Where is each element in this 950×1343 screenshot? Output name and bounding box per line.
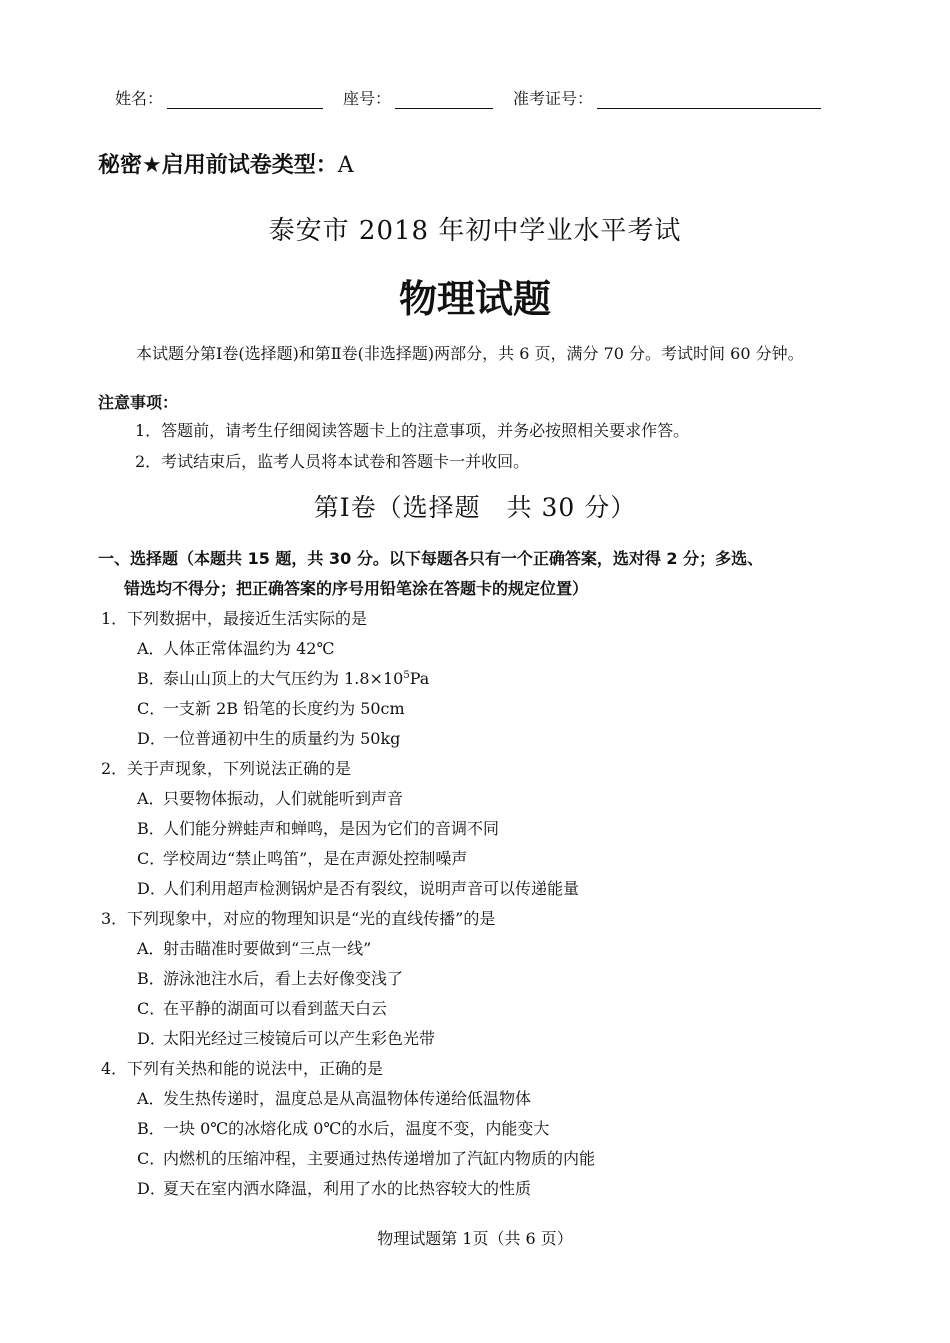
answer-option: A．人体正常体温约为 42℃ xyxy=(137,636,334,659)
answer-option: D．夏天在室内洒水降温，利用了水的比热容较大的性质 xyxy=(137,1176,531,1199)
section-instructions: 一、选择题（本题共 15 题，共 30 分。以下每题各只有一个正确答案，选对得 … xyxy=(98,544,878,604)
part-title: 第Ⅰ卷（选择题 共 30 分） xyxy=(0,488,950,524)
option-letter: B． xyxy=(137,666,163,689)
option-text: 人们利用超声检测锅炉是否有裂纹，说明声音可以传递能量 xyxy=(163,879,579,898)
answer-option: D．人们利用超声检测锅炉是否有裂纹，说明声音可以传递能量 xyxy=(137,876,579,899)
option-text: 一支新 2B 铅笔的长度约为 50cm xyxy=(163,699,405,718)
question-number: 2． xyxy=(101,756,127,779)
answer-option: C．内燃机的压缩冲程，主要通过热传递增加了汽缸内物质的内能 xyxy=(137,1146,595,1169)
option-letter: B． xyxy=(137,1116,163,1139)
option-text: 夏天在室内洒水降温，利用了水的比热容较大的性质 xyxy=(163,1179,531,1198)
option-letter: B． xyxy=(137,816,163,839)
option-text: 射击瞄准时要做到“三点一线” xyxy=(163,939,371,958)
answer-option: C．在平静的湖面可以看到蓝天白云 xyxy=(137,996,387,1019)
question-text: 下列现象中，对应的物理知识是“光的直线传播”的是 xyxy=(127,909,495,928)
answer-option: C．一支新 2B 铅笔的长度约为 50cm xyxy=(137,696,405,719)
exam-page: 姓名： 座号： 准考证号： 秘密★启用前试卷类型：A 泰安市 2018 年初中学… xyxy=(0,0,950,1343)
option-text: 发生热传递时，温度总是从高温物体传递给低温物体 xyxy=(163,1089,531,1108)
confidential-label: 秘密★启用前试卷类型： xyxy=(98,153,338,178)
option-text: 人体正常体温约为 42℃ xyxy=(163,639,334,658)
page-footer: 物理试题第 1页（共 6 页） xyxy=(0,1226,950,1249)
answer-option: A．发生热传递时，温度总是从高温物体传递给低温物体 xyxy=(137,1086,531,1109)
option-letter: C． xyxy=(137,996,163,1019)
confidential-paper-type: 秘密★启用前试卷类型：A xyxy=(98,148,354,179)
notice-item: 2．考试结束后，监考人员将本试卷和答题卡一并收回。 xyxy=(135,449,529,472)
name-field[interactable]: 姓名： xyxy=(115,86,323,109)
exam-title: 泰安市 2018 年初中学业水平考试 xyxy=(0,210,950,247)
answer-option: D．一位普通初中生的质量约为 50kg xyxy=(137,726,400,749)
option-text: 游泳池注水后，看上去好像变浅了 xyxy=(163,969,403,988)
option-text-unit: Pa xyxy=(410,669,430,688)
option-text: 泰山山顶上的大气压约为 1.8×10 xyxy=(163,669,403,688)
option-letter: C． xyxy=(137,696,163,719)
admission-number-field-label: 准考证号： xyxy=(513,86,593,109)
answer-option: B．泰山山顶上的大气压约为 1.8×105Pa xyxy=(137,666,429,689)
option-letter: A． xyxy=(137,636,163,659)
option-text: 人们能分辨蛙声和蝉鸣，是因为它们的音调不同 xyxy=(163,819,499,838)
option-letter: D． xyxy=(137,726,163,749)
exam-intro: 本试题分第Ⅰ卷(选择题)和第Ⅱ卷(非选择题)两部分，共 6 页，满分 70 分。… xyxy=(98,342,868,366)
question-number: 4． xyxy=(101,1056,127,1079)
option-text: 只要物体振动，人们就能听到声音 xyxy=(163,789,403,808)
option-text: 太阳光经过三棱镜后可以产生彩色光带 xyxy=(163,1029,435,1048)
seat-number-field[interactable]: 座号： xyxy=(343,86,493,109)
subject-title: 物理试题 xyxy=(0,268,950,323)
option-letter: D． xyxy=(137,1176,163,1199)
option-letter: D． xyxy=(137,876,163,899)
option-text: 内燃机的压缩冲程，主要通过热传递增加了汽缸内物质的内能 xyxy=(163,1149,595,1168)
admission-number-field-blank[interactable] xyxy=(597,90,821,109)
question-text: 下列有关热和能的说法中，正确的是 xyxy=(127,1059,383,1078)
question-text: 下列数据中，最接近生活实际的是 xyxy=(127,609,367,628)
paper-type-value: A xyxy=(338,153,354,178)
answer-option: B．游泳池注水后，看上去好像变浅了 xyxy=(137,966,403,989)
admission-number-field[interactable]: 准考证号： xyxy=(513,86,821,109)
answer-option: B．一块 0℃的冰熔化成 0℃的水后，温度不变，内能变大 xyxy=(137,1116,549,1139)
name-field-blank[interactable] xyxy=(167,90,323,109)
option-letter: A． xyxy=(137,936,163,959)
section-instructions-line: 错选均不得分；把正确答案的序号用铅笔涂在答题卡的规定位置） xyxy=(98,574,878,604)
question-stem: 4．下列有关热和能的说法中，正确的是 xyxy=(101,1056,383,1079)
answer-option: C．学校周边“禁止鸣笛”，是在声源处控制噪声 xyxy=(137,846,467,869)
option-text: 学校周边“禁止鸣笛”，是在声源处控制噪声 xyxy=(163,849,467,868)
answer-option: A．射击瞄准时要做到“三点一线” xyxy=(137,936,371,959)
answer-option: B．人们能分辨蛙声和蝉鸣，是因为它们的音调不同 xyxy=(137,816,499,839)
notice-heading: 注意事项： xyxy=(98,390,178,413)
answer-option: A．只要物体振动，人们就能听到声音 xyxy=(137,786,403,809)
option-letter: D． xyxy=(137,1026,163,1049)
question-text: 关于声现象，下列说法正确的是 xyxy=(127,759,351,778)
seat-number-field-blank[interactable] xyxy=(395,90,493,109)
question-stem: 2．关于声现象，下列说法正确的是 xyxy=(101,756,351,779)
option-letter: C． xyxy=(137,846,163,869)
option-letter: A． xyxy=(137,1086,163,1109)
option-text: 一位普通初中生的质量约为 50kg xyxy=(163,729,400,748)
option-text: 在平静的湖面可以看到蓝天白云 xyxy=(163,999,387,1018)
section-instructions-line: 一、选择题（本题共 15 题，共 30 分。以下每题各只有一个正确答案，选对得 … xyxy=(98,549,763,568)
option-letter: B． xyxy=(137,966,163,989)
option-text: 一块 0℃的冰熔化成 0℃的水后，温度不变，内能变大 xyxy=(163,1119,549,1138)
name-field-label: 姓名： xyxy=(115,86,163,109)
seat-number-field-label: 座号： xyxy=(343,86,391,109)
option-letter: C． xyxy=(137,1146,163,1169)
question-stem: 1．下列数据中，最接近生活实际的是 xyxy=(101,606,367,629)
question-number: 3． xyxy=(101,906,127,929)
option-letter: A． xyxy=(137,786,163,809)
question-number: 1． xyxy=(101,606,127,629)
answer-option: D．太阳光经过三棱镜后可以产生彩色光带 xyxy=(137,1026,435,1049)
notice-item: 1．答题前，请考生仔细阅读答题卡上的注意事项，并务必按照相关要求作答。 xyxy=(135,418,689,441)
question-stem: 3．下列现象中，对应的物理知识是“光的直线传播”的是 xyxy=(101,906,495,929)
candidate-info-fields: 姓名： 座号： 准考证号： xyxy=(115,86,841,109)
